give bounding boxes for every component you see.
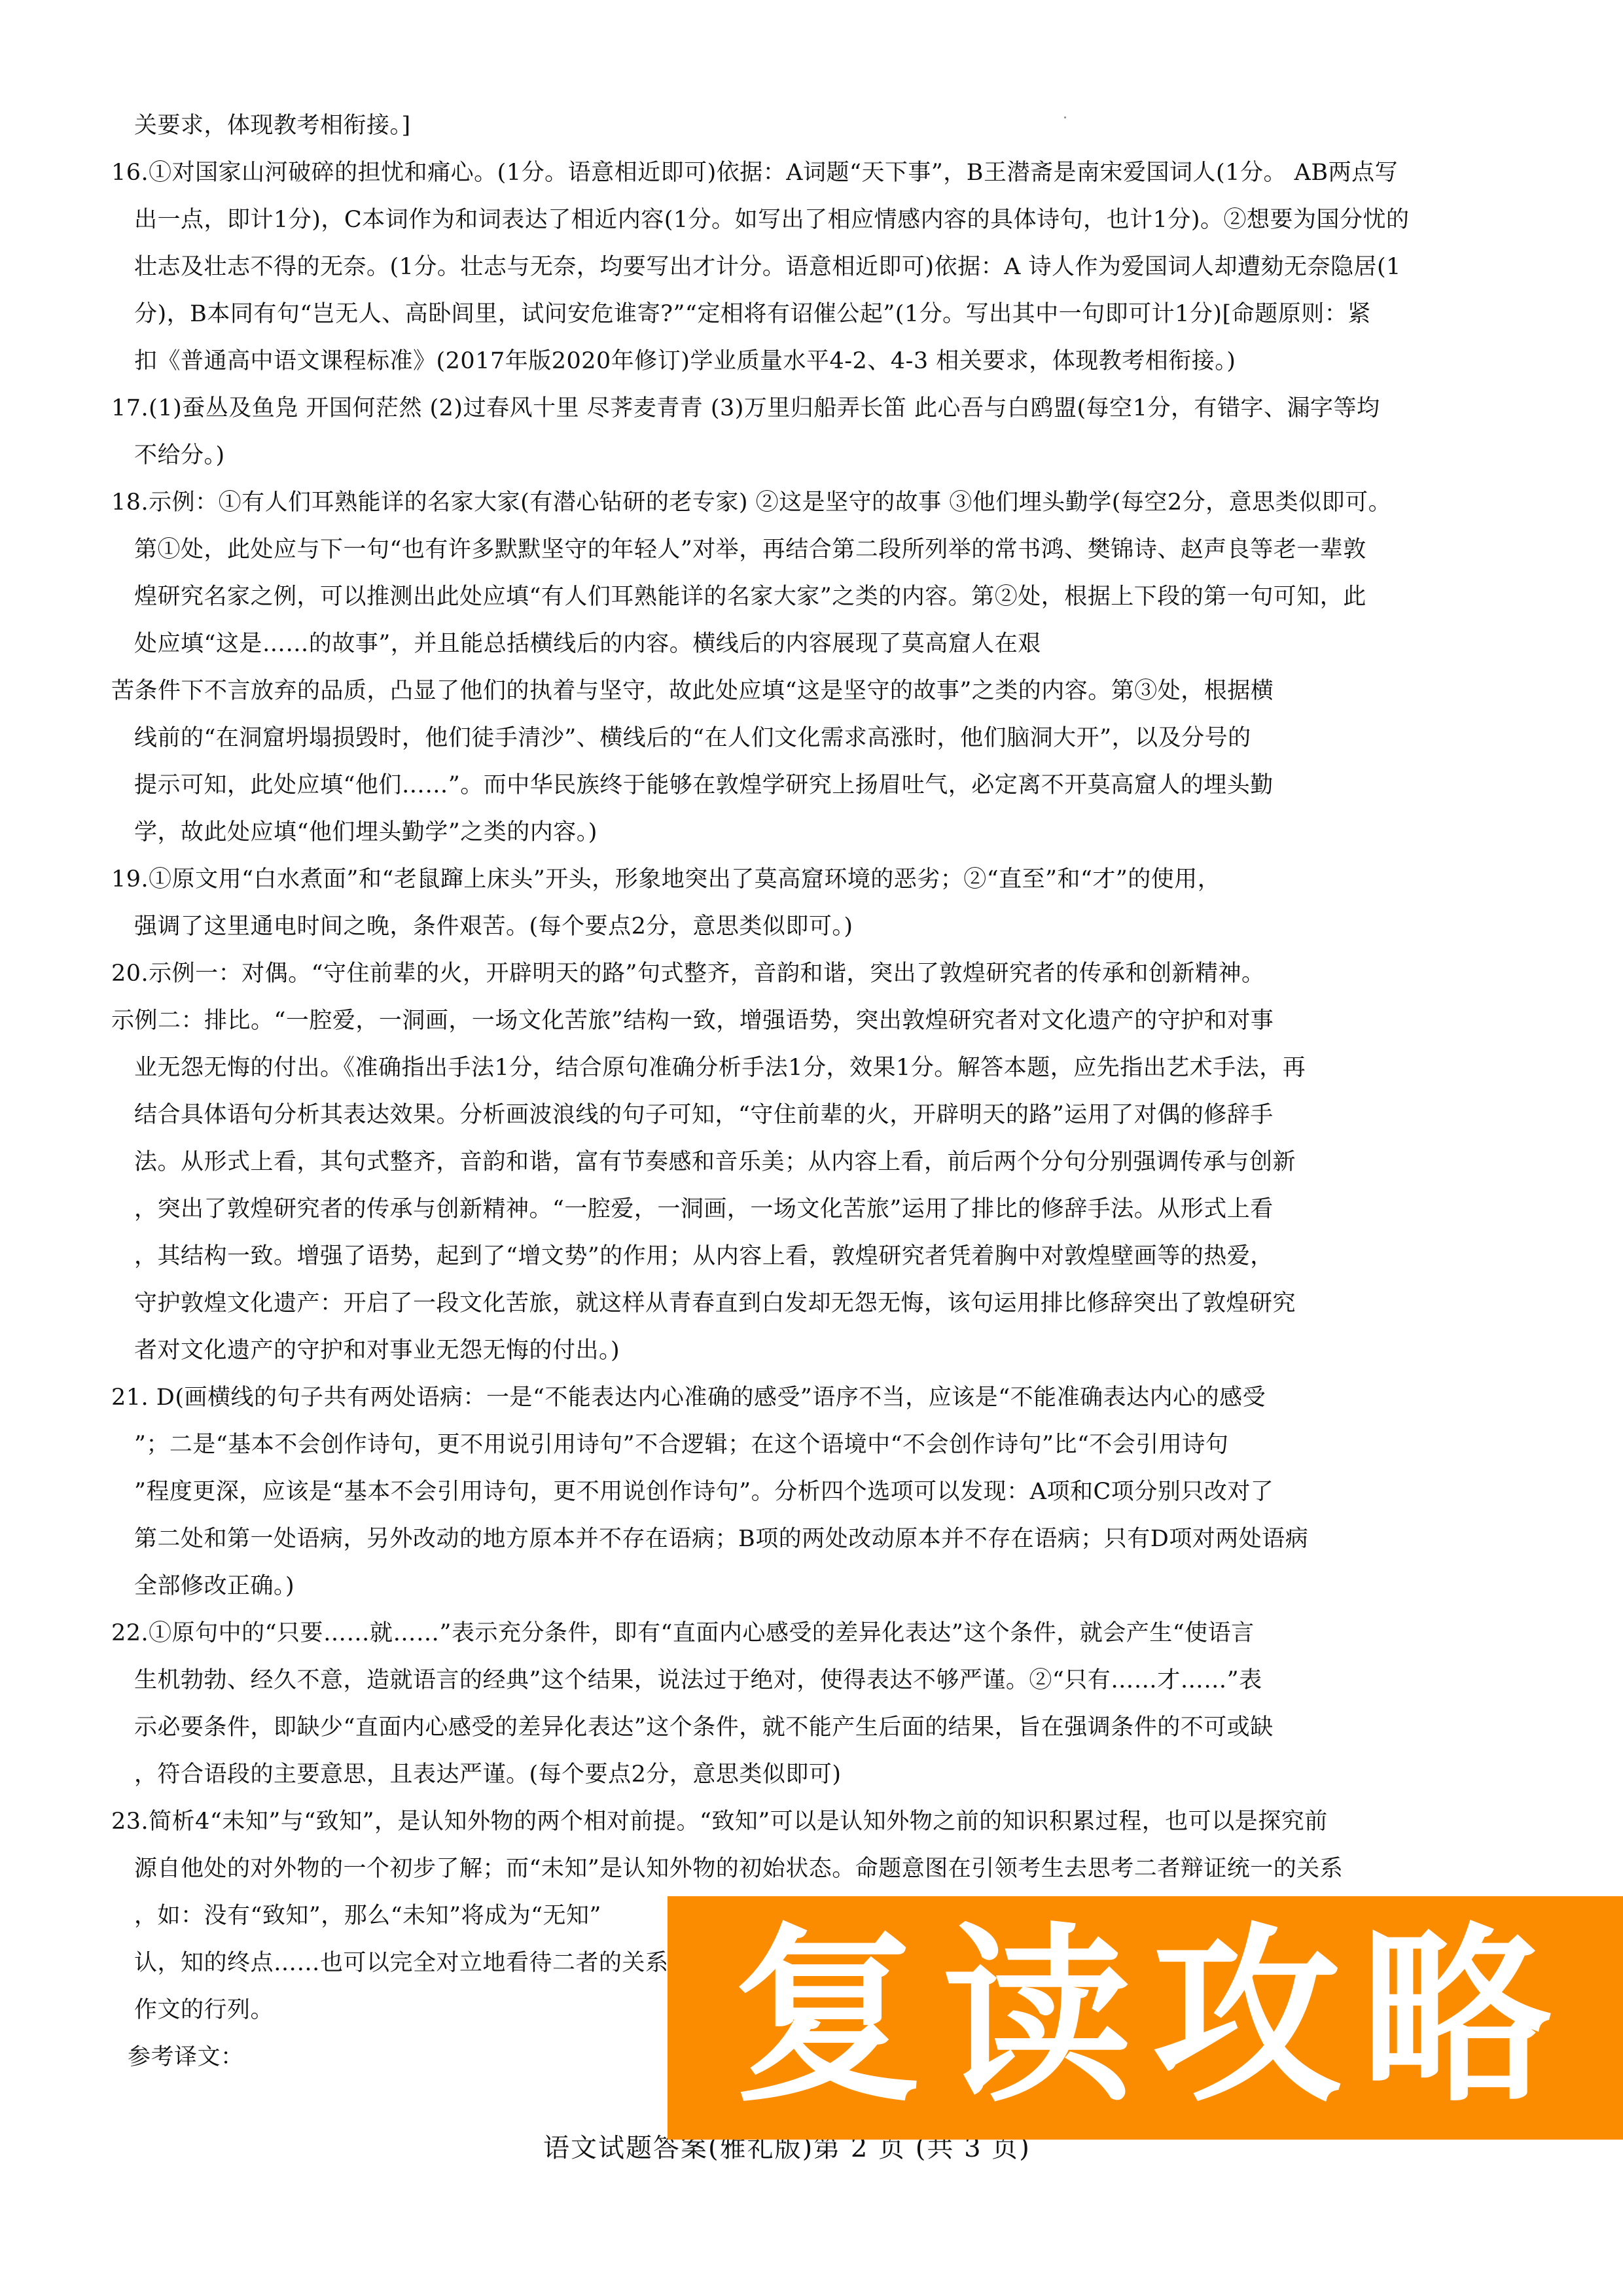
- text-line: 分)，B本同有句“岂无人、高卧闾里，试问安危谁寄?”“定相将有诏催公起”(1分。…: [134, 300, 1371, 328]
- text-line: 业无怨无悔的付出。《准确指出手法1分，结合原句准确分析手法1分，效果1分。解答本…: [134, 1053, 1306, 1082]
- text-line: 关要求，体现教考相衔接。]: [134, 111, 411, 140]
- text-line: 全部修改正确。): [134, 1572, 294, 1600]
- text-line: 源自他处的对外物的一个初步了解；而“未知”是认知外物的初始状态。命题意图在引领考…: [134, 1854, 1343, 1883]
- text-line: 苦条件下不言放弃的品质，凸显了他们的执着与坚守，故此处应填“这是坚守的故事”之类…: [111, 677, 1274, 705]
- text-line: 学，故此处应填“他们埋头勤学”之类的内容。): [134, 818, 597, 847]
- text-line: 不给分。): [134, 441, 225, 470]
- text-line: 第①处，此处应与下一句“也有许多默默坚守的年轻人”对举，再结合第二段所列举的常书…: [134, 535, 1366, 564]
- watermark-text: 复读攻略: [733, 1923, 1571, 2113]
- text-line: ，突出了敦煌研究者的传承与创新精神。“一腔爱，一洞画，一场文化苦旅”运用了排比的…: [134, 1195, 1274, 1224]
- text-line: 21. D(画横线的句子共有两处语病：一是“不能表达内心准确的感受”语序不当，应…: [111, 1383, 1266, 1412]
- text-line: 作文的行列。: [134, 1996, 274, 2024]
- text-line: ，其结构一致。增强了语势，起到了“增文势”的作用；从内容上看，敦煌研究者凭着胸中…: [134, 1242, 1274, 1271]
- document-page: 关要求，体现教考相衔接。]16.①对国家山河破碎的担忧和痛心。(1分。语意相近即…: [0, 0, 1623, 2296]
- text-line: 处应填“这是……的故事”，并且能总括横线后的内容。横线后的内容展现了莫高窟人在艰: [134, 629, 1041, 658]
- text-line: 20.示例一：对偶。“守住前辈的火，开辟明天的路”句式整齐，音韵和谐，突出了敦煌…: [111, 959, 1264, 988]
- text-line: 守护敦煌文化遗产：开启了一段文化苦旅，就这样从青春直到白发却无怨无悔，该句运用排…: [134, 1289, 1296, 1318]
- text-line: 17.(1)蚕丛及鱼凫 开国何茫然 (2)过春风十里 尽荠麦青青 (3)万里归船…: [111, 394, 1380, 423]
- text-line: 煌研究名家之例，可以推测出此处应填“有人们耳熟能详的名家大家”之类的内容。第②处…: [134, 582, 1366, 611]
- text-line: 壮志及壮志不得的无奈。(1分。壮志与无奈，均要写出才计分。语意相近即可)依据：A…: [134, 253, 1401, 281]
- text-line: 扣《普通高中语文课程标准》(2017年版2020年修订)学业质量水平4-2、4-…: [134, 347, 1236, 376]
- text-line: 生机勃勃、经久不意，造就语言的经典”这个结果，说法过于绝对，使得表达不够严谨。②…: [134, 1666, 1262, 1695]
- text-line: 示必要条件，即缺少“直面内心感受的差异化表达”这个条件，就不能产生后面的结果，旨…: [134, 1713, 1274, 1742]
- text-line: 23.简析4“未知”与“致知”，是认知外物的两个相对前提。“致知”可以是认知外物…: [111, 1807, 1328, 1836]
- text-line: 16.①对国家山河破碎的担忧和痛心。(1分。语意相近即可)依据：A词题“天下事”…: [111, 158, 1398, 187]
- watermark-banner: 复读攻略: [668, 1896, 1623, 2140]
- text-line: ，符合语段的主要意思，且表达严谨。(每个要点2分，意思类似即可): [134, 1760, 842, 1789]
- text-line: 18.示例：①有人们耳熟能详的名家大家(有潜心钻研的老专家) ②这是坚守的故事 …: [111, 488, 1391, 517]
- text-line: 法。从形式上看，其句式整齐，音韵和谐，富有节奏感和音乐美；从内容上看，前后两个分…: [134, 1148, 1296, 1176]
- text-line: ”程度更深，应该是“基本不会引用诗句，更不用说创作诗句”。分析四个选项可以发现：…: [134, 1477, 1274, 1506]
- text-line: 出一点，即计1分)，C本词作为和词表达了相近内容(1分。如写出了相应情感内容的具…: [134, 205, 1410, 234]
- text-line: ”；二是“基本不会创作诗句，更不用说引用诗句”不合逻辑；在这个语境中“不会创作诗…: [134, 1430, 1228, 1459]
- text-line: 提示可知，此处应填“他们……”。而中华民族终于能够在敦煌学研究上扬眉吐气，必定离…: [134, 771, 1274, 800]
- text-line: 强调了这里通电时间之晚，条件艰苦。(每个要点2分，意思类似即可。): [134, 912, 853, 941]
- text-line: 第二处和第一处语病，另外改动的地方原本并不存在语病；B项的两处改动原本并不存在语…: [134, 1525, 1308, 1553]
- text-line: 者对文化遗产的守护和对事业无怨无悔的付出。): [134, 1336, 620, 1365]
- text-line: 示例二：排比。“一腔爱，一洞画，一场文化苦旅”结构一致，增强语势，突出敦煌研究者…: [111, 1006, 1274, 1035]
- text-line: 参考译文：: [128, 2043, 244, 2072]
- text-line: 结合具体语句分析其表达效果。分析画波浪线的句子可知，“守住前辈的火，开辟明天的路…: [134, 1101, 1274, 1129]
- scan-speck: [1064, 116, 1066, 118]
- text-line: 认，知的终点……也可以完全对立地看待二者的关系: [134, 1949, 669, 1977]
- text-line: 22.①原句中的“只要……就……”表示充分条件，即有“直面内心感受的差异化表达”…: [111, 1619, 1255, 1648]
- text-line: ，如：没有“致知”，那么“未知”将成为“无知”: [134, 1901, 601, 1930]
- text-line: 线前的“在洞窟坍塌损毁时，他们徒手清沙”、横线后的“在人们文化需求高涨时，他们脑…: [134, 724, 1251, 752]
- text-line: 19.①原文用“白水煮面”和“老鼠蹿上床头”开头，形象地突出了莫高窟环境的恶劣；…: [111, 865, 1221, 894]
